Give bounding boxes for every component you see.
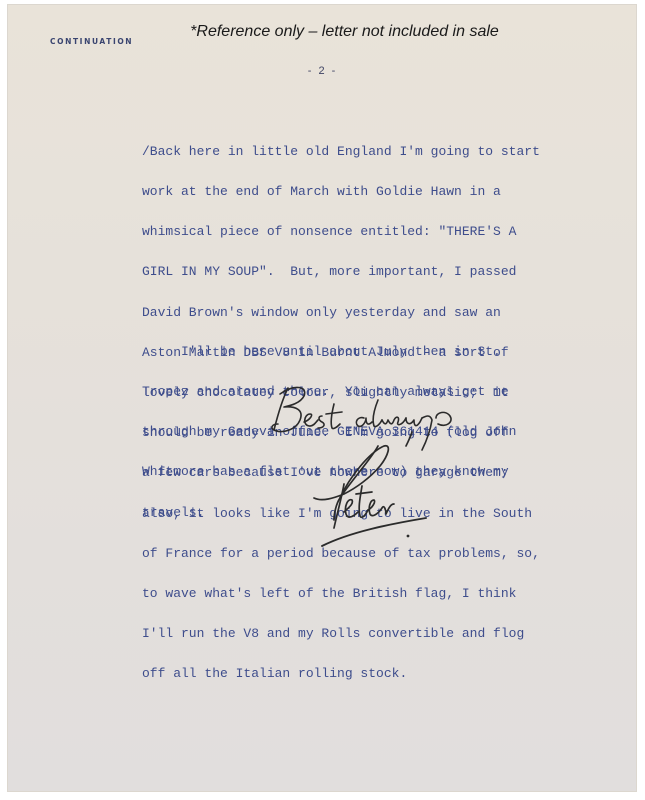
signature-peter: Peter bbox=[314, 432, 426, 546]
text-line: GIRL IN MY SOUP". But, more important, I… bbox=[142, 265, 562, 278]
page-number: - 2 - bbox=[0, 65, 645, 77]
text-line: whimsical piece of nonsence entitled: "T… bbox=[142, 225, 562, 238]
text-line: work at the end of March with Goldie Haw… bbox=[142, 185, 562, 198]
signature-drawing: Best always Peter bbox=[260, 380, 480, 560]
text-line: I'll be here until about July then in St… bbox=[142, 345, 562, 358]
text-line: off all the Italian rolling stock. bbox=[142, 667, 562, 680]
text-line: David Brown's window only yesterday and … bbox=[142, 306, 562, 319]
text-line: I'll run the V8 and my Rolls convertible… bbox=[142, 627, 562, 640]
text-line: to wave what's left of the British flag,… bbox=[142, 587, 562, 600]
reference-disclaimer: *Reference only – letter not included in… bbox=[0, 23, 645, 41]
valediction-best-always bbox=[272, 387, 451, 450]
text-line: /Back here in little old England I'm goi… bbox=[142, 145, 562, 158]
handwritten-signature: Best always Peter bbox=[260, 380, 480, 560]
